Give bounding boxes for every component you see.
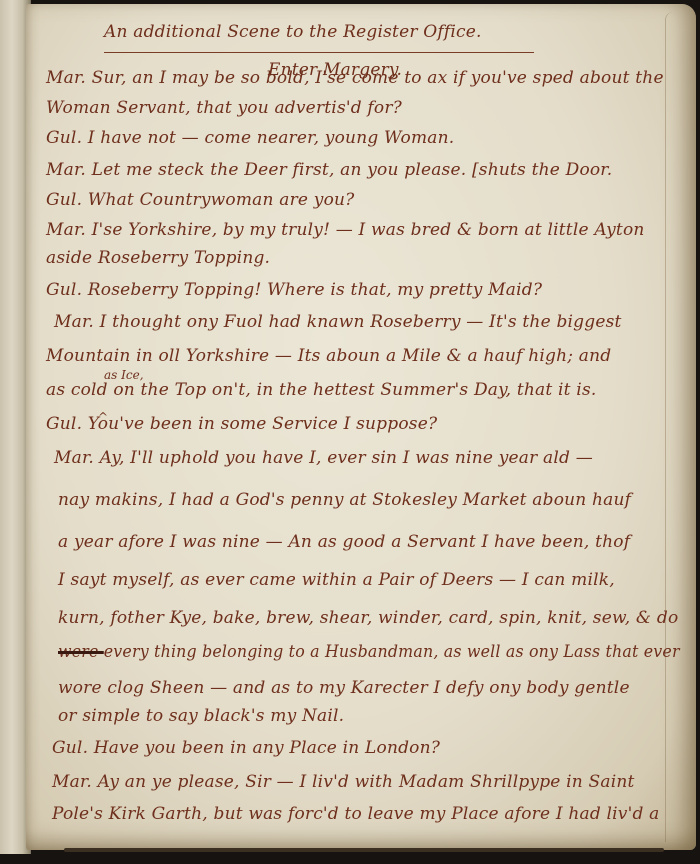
manuscript-line: as cold on the Top on't, in the hettest … [46,380,596,400]
manuscript-line: Gul. What Countrywoman are you? [46,190,355,210]
struck-word: were [58,642,104,662]
manuscript-line: Mar. Let me steck the Deer first, an you… [46,160,612,180]
manuscript-line: Gul. I have not — come nearer, young Wom… [46,128,454,148]
manuscript-line: Gul. Roseberry Topping! Where is that, m… [46,280,542,300]
manuscript-line: I sayt myself, as ever came within a Pai… [58,570,615,590]
title-underline [104,52,534,53]
page-title: An additional Scene to the Register Offi… [104,22,482,42]
manuscript-line: wore clog Sheen — and as to my Karecter … [58,678,630,698]
manuscript-line: Mar. Ay, I'll uphold you have I, ever si… [54,448,593,468]
insertion-caret: ^ [98,410,108,424]
torn-bottom-edge [64,848,664,852]
manuscript-line: aside Roseberry Topping. [46,248,270,268]
manuscript-line: Mountain in oll Yorkshire — Its aboun a … [46,346,611,366]
manuscript-line: Mar. I'se Yorkshire, by my truly! — I wa… [46,220,645,240]
manuscript-line: Mar. Sur, an I may be so bold, I'se come… [46,68,664,88]
manuscript-line: nay makins, I had a God's penny at Stoke… [58,490,631,510]
manuscript-line: kurn, fother Kye, bake, brew, shear, win… [58,608,678,628]
manuscript-line: a year afore I was nine — An as good a S… [58,532,630,552]
manuscript-line: Mar. Ay an ye please, Sir — I liv'd with… [52,772,635,792]
page-fold-shadow [665,12,684,842]
manuscript-line: Gul. Have you been in any Place in Londo… [52,738,440,758]
manuscript-line: Pole's Kirk Garth, but was forc'd to lea… [52,804,660,824]
manuscript-line: Woman Servant, that you advertis'd for? [46,98,402,118]
manuscript-line: Mar. I thought ony Fuol had knawn Rosebe… [54,312,622,332]
manuscript-line: or simple to say black's my Nail. [58,706,344,726]
manuscript-line: were every thing belonging to a Husbandm… [58,642,680,662]
interlinear-insert: as Ice, [104,368,144,382]
